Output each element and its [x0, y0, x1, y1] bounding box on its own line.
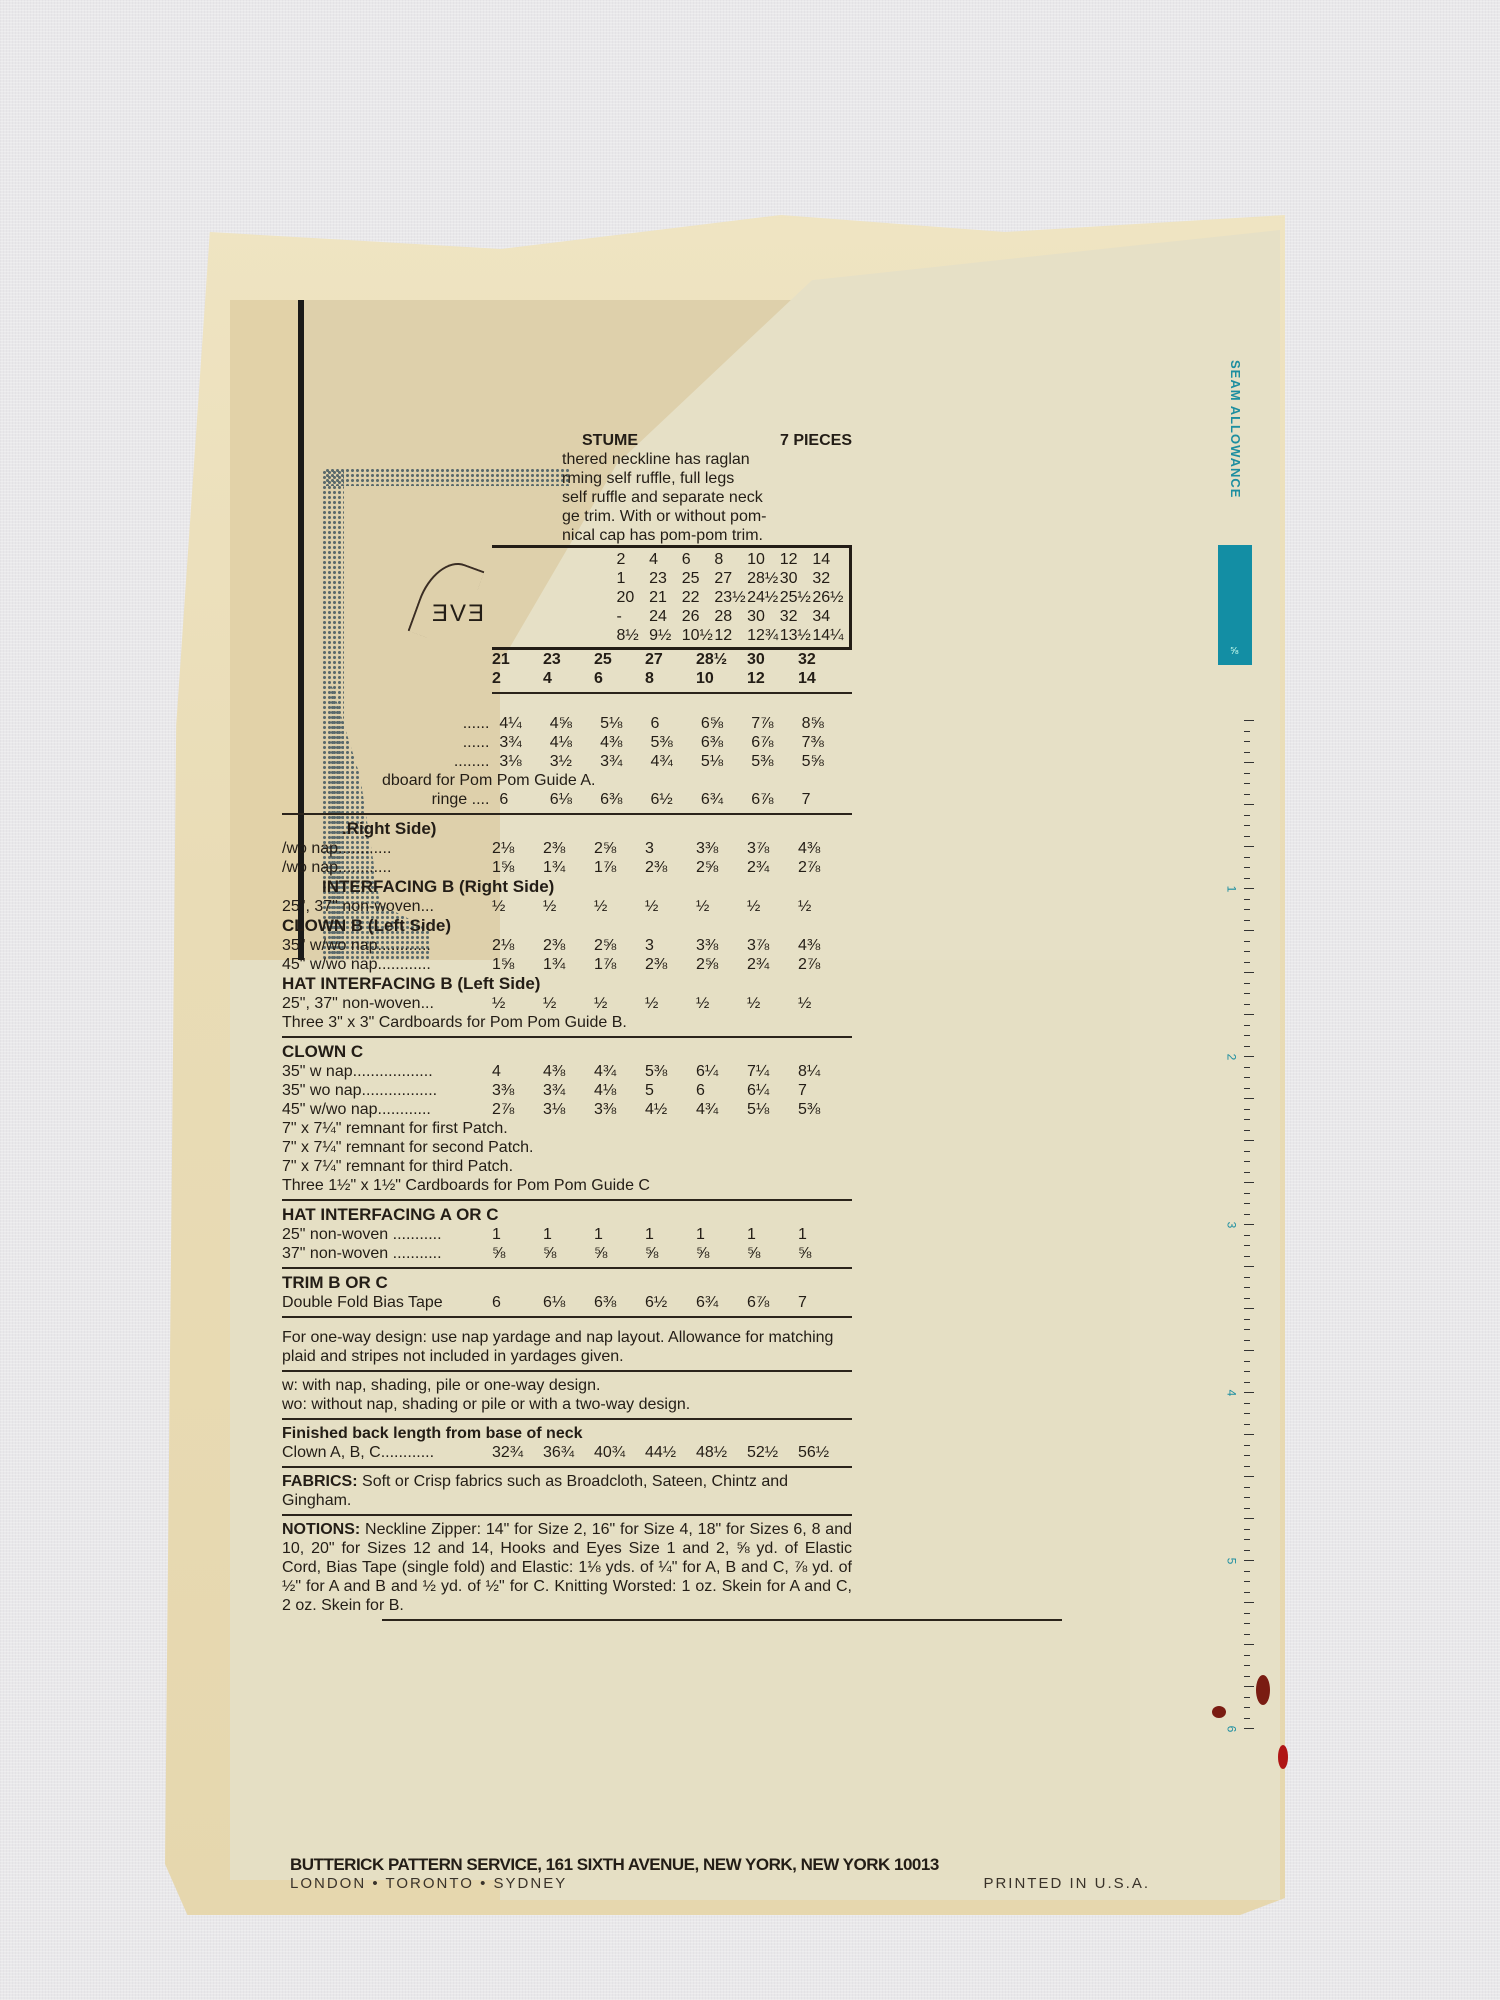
ruler-tick	[1244, 1224, 1254, 1225]
ruler-tick	[1244, 1634, 1250, 1635]
pattern-title: STUME 7 PIECES	[582, 432, 852, 450]
ruler-tick	[1244, 1466, 1250, 1467]
ruler-number: 6	[1224, 1726, 1238, 1733]
fabrics: FABRICS: Soft or Crisp fabrics such as B…	[282, 1472, 852, 1510]
ruler-tick	[1244, 1392, 1254, 1393]
table-row: 2123252728½3032	[282, 650, 852, 669]
ruler-tick	[1244, 867, 1250, 868]
ruler-tick	[1244, 1445, 1250, 1446]
ruler-tick	[1244, 1508, 1250, 1509]
table-row: -242628303234	[482, 607, 845, 626]
ruler-tick	[1244, 1707, 1250, 1708]
publisher-address: BUTTERICK PATTERN SERVICE, 161 SIXTH AVE…	[290, 1855, 1150, 1875]
clown-c-section: CLOWN C35" w nap..................44⅜4¾5…	[282, 1042, 852, 1195]
table-row: 25", 37" non-woven...½½½½½½½	[282, 994, 852, 1013]
ruler-tick	[1244, 888, 1254, 889]
ruler-tick	[1244, 1539, 1250, 1540]
ruler-tick	[1244, 794, 1250, 795]
ruler-number: 2	[1224, 1054, 1238, 1061]
ruler-tick	[1244, 1361, 1250, 1362]
table-row: 37" non-woven ...........⅝⅝⅝⅝⅝⅝⅝	[282, 1244, 852, 1263]
table-row: 35" w nap..................44⅜4¾5⅜6¼7¼8¼	[282, 1062, 852, 1081]
ruler-tick	[1244, 1214, 1250, 1215]
pieces-count: 7 PIECES	[780, 432, 852, 450]
nap-legend-w: w: with nap, shading, pile or one-way de…	[282, 1376, 852, 1395]
section-title: CLOWN B (Left Side)	[282, 916, 852, 936]
table-row: 35" wo nap.................3⅜3¾4⅛566¼7	[282, 1081, 852, 1100]
ruler-tick	[1244, 1287, 1250, 1288]
ruler-tick	[1244, 878, 1250, 879]
ruler-number: 3	[1224, 1222, 1238, 1229]
ruler-tick	[1244, 941, 1250, 942]
ruler-tick	[1244, 899, 1250, 900]
trim-bc: TRIM B OR CDouble Fold Bias Tape66⅛6⅜6½6…	[282, 1273, 852, 1312]
seam-allowance-marker: ⅝	[1218, 545, 1252, 665]
ruler-tick	[1244, 1382, 1250, 1383]
ruler-tick	[1244, 1193, 1250, 1194]
hat-interfacing-b-left: HAT INTERFACING B (Left Side)25", 37" no…	[282, 974, 852, 1032]
size-table: 2468101214123252728½303220212223½24½25½2…	[492, 545, 852, 650]
ruler-tick	[1244, 1046, 1250, 1047]
one-way-note: For one-way design: use nap yardage and …	[282, 1328, 852, 1366]
ruler-tick	[1244, 1235, 1250, 1236]
ruler-label: SEAM ALLOWANCE	[1228, 360, 1243, 498]
ruler-tick	[1244, 1697, 1250, 1698]
table-row: Clown A, B, C............32¾36¾40¾44½48½…	[282, 1443, 852, 1462]
ruler-tick	[1244, 783, 1250, 784]
ruler-tick	[1244, 972, 1254, 973]
ruler-tick	[1244, 825, 1250, 826]
table-row: 45" w/wo nap............1⅝1¾1⅞2⅜2⅝2¾2⅞	[282, 955, 852, 974]
ruler-tick	[1244, 720, 1254, 721]
clown-a-section: ......4¼4⅝5⅛66⅝7⅞8⅝......3¾4⅛4⅜5⅜6⅜6⅞7⅜.…	[282, 714, 852, 809]
ruler-tick	[1244, 815, 1250, 816]
footer: BUTTERICK PATTERN SERVICE, 161 SIXTH AVE…	[290, 1855, 1150, 1892]
ruler-tick	[1244, 1161, 1250, 1162]
section-title: INTERFACING B (Right Side)	[322, 877, 852, 897]
ruler-tick	[1244, 1298, 1250, 1299]
ruler-tick	[1244, 857, 1250, 858]
ruler-tick	[1244, 920, 1250, 921]
ruler-tick	[1244, 1130, 1250, 1131]
section-title: .Right Side)	[342, 819, 852, 839]
ruler-tick	[1244, 1371, 1250, 1372]
ruler-tick	[1244, 1140, 1254, 1141]
ruler-tick	[1244, 1350, 1254, 1351]
ruler-tick	[1244, 1602, 1254, 1603]
ruler-tick	[1244, 731, 1250, 732]
notions: NOTIONS: Neckline Zipper: 14" for Size 2…	[282, 1520, 852, 1615]
ruler-tick	[1244, 804, 1254, 805]
ruler-number: 4	[1224, 1390, 1238, 1397]
ruler-tick	[1244, 962, 1250, 963]
ruler-tick	[1244, 773, 1250, 774]
table-row: 45" w/wo nap............2⅞3⅛3⅜4½4¾5⅛5⅜	[282, 1100, 852, 1119]
ruler-tick	[1244, 993, 1250, 994]
ruler-tick	[1244, 983, 1250, 984]
stain	[1212, 1706, 1226, 1718]
ruler-tick	[1244, 951, 1250, 952]
ruler-tick	[1244, 1014, 1254, 1015]
hat-interfacing-ac: HAT INTERFACING A OR C25" non-woven ....…	[282, 1205, 852, 1263]
ruler-tick	[1244, 1256, 1250, 1257]
table-row: 35" w/wo nap............2⅛2⅜2⅝33⅜3⅞4⅜	[282, 936, 852, 955]
ruler-tick	[1244, 1686, 1254, 1687]
table-row: Double Fold Bias Tape66⅛6⅜6½6¾6⅞7	[282, 1293, 852, 1312]
ruler-tick	[1244, 1434, 1254, 1435]
ruler-tick	[1244, 1109, 1250, 1110]
ruler-tick	[1244, 1455, 1250, 1456]
ruler-tick	[1244, 1035, 1250, 1036]
table-row: 25", 37" non-woven...½½½½½½½	[282, 897, 852, 916]
ruler-tick	[1244, 1592, 1250, 1593]
ruler-tick	[1244, 1277, 1250, 1278]
ruler-number: 5	[1224, 1558, 1238, 1565]
ruler-tick	[1244, 1329, 1250, 1330]
ruler-tick	[1244, 1403, 1250, 1404]
ruler-number: 1	[1224, 886, 1238, 893]
printed-in: PRINTED IN U.S.A.	[983, 1875, 1150, 1892]
section-title: CLOWN C	[282, 1042, 852, 1062]
table-row: ......3¾4⅛4⅜5⅜6⅜6⅞7⅜	[282, 733, 852, 752]
hat-interfacing-b-right: INTERFACING B (Right Side)25", 37" non-w…	[282, 877, 852, 916]
ruler-tick	[1244, 1056, 1254, 1057]
ruler-tick	[1244, 1613, 1250, 1614]
stain	[1256, 1675, 1270, 1705]
ruler-tick	[1244, 1319, 1250, 1320]
ruler-tick	[1244, 1728, 1254, 1729]
ruler-tick	[1244, 1497, 1250, 1498]
cities: LONDON • TORONTO • SYDNEY	[290, 1875, 567, 1892]
ruler-tick	[1244, 1266, 1254, 1267]
yardage-chart: STUME 7 PIECES thered neckline has ragla…	[282, 432, 852, 1625]
nap-legend-wo: wo: without nap, shading or pile or with…	[282, 1395, 852, 1414]
ruler-tick	[1244, 1004, 1250, 1005]
section-title: HAT INTERFACING B (Left Side)	[282, 974, 852, 994]
ruler-tick	[1244, 1571, 1250, 1572]
ruler-tick	[1244, 1665, 1250, 1666]
size-repeat: 2123252728½30322468101214	[282, 650, 852, 688]
ruler-tick	[1244, 1476, 1254, 1477]
ruler-tick	[1244, 1718, 1250, 1719]
clown-b-right-section: .Right Side)/wo nap............2⅛2⅜2⅝33⅜…	[282, 819, 852, 877]
ruler-tick	[1244, 1518, 1254, 1519]
ruler-tick	[1244, 1424, 1250, 1425]
ruler-tick	[1244, 741, 1250, 742]
ruler-tick	[1244, 1308, 1254, 1309]
ruler-tick	[1244, 1172, 1250, 1173]
description: thered neckline has raglanrming self ruf…	[562, 450, 852, 545]
table-row: 2468101214	[482, 550, 845, 569]
ruler-tick	[1244, 762, 1254, 763]
ruler-tick	[1244, 1151, 1250, 1152]
table-row: ........3⅛3½3¾4¾5⅛5⅜5⅝	[282, 752, 852, 771]
table-row: 20212223½24½25½26½	[482, 588, 845, 607]
ruler-tick	[1244, 752, 1250, 753]
ruler-tick	[1244, 1529, 1250, 1530]
ruler-tick	[1244, 1644, 1254, 1645]
ruler-tick	[1244, 1098, 1254, 1099]
table-row: 8½9½10½1212¾13½14¼	[482, 626, 845, 645]
ruler-tick	[1244, 1655, 1250, 1656]
table-row: ......4¼4⅝5⅛66⅝7⅞8⅝	[282, 714, 852, 733]
clown-b-left-section: CLOWN B (Left Side)35" w/wo nap.........…	[282, 916, 852, 974]
ruler-tick	[1244, 1119, 1250, 1120]
ruler-tick	[1244, 836, 1250, 837]
table-row: ringe ....66⅛6⅜6½6¾6⅞7	[282, 790, 852, 809]
ruler-tick	[1244, 1676, 1250, 1677]
back-length-title: Finished back length from base of neck	[282, 1424, 852, 1443]
stain	[1278, 1745, 1288, 1769]
ruler-tick	[1244, 1025, 1250, 1026]
ruler-tick	[1244, 1088, 1250, 1089]
ruler-tick	[1244, 1560, 1254, 1561]
section-title: HAT INTERFACING A OR C	[282, 1205, 852, 1225]
ruler-tick	[1244, 909, 1250, 910]
ruler-tick	[1244, 1413, 1250, 1414]
ruler-tick	[1244, 1340, 1250, 1341]
ruler-tick	[1244, 1067, 1250, 1068]
ruler-tick	[1244, 1182, 1254, 1183]
section-title: TRIM B OR C	[282, 1273, 852, 1293]
ruler-tick	[1244, 1581, 1250, 1582]
table-row: /wo nap............1⅝1¾1⅞2⅜2⅝2¾2⅞	[282, 858, 852, 877]
ruler-tick	[1244, 930, 1254, 931]
table-row: 25" non-woven ...........1111111	[282, 1225, 852, 1244]
table-row: 123252728½3032	[482, 569, 845, 588]
ruler-tick	[1244, 846, 1254, 847]
ruler-tick	[1244, 1487, 1250, 1488]
seam-allowance-ruler: SEAM ALLOWANCE ⅝ 123456	[1218, 340, 1264, 1810]
ruler-tick	[1244, 1550, 1250, 1551]
ruler-tick	[1244, 1077, 1250, 1078]
table-row: 2468101214	[282, 669, 852, 688]
table-row: /wo nap............2⅛2⅜2⅝33⅜3⅞4⅜	[282, 839, 852, 858]
ruler-tick	[1244, 1245, 1250, 1246]
ruler-tick	[1244, 1623, 1250, 1624]
back-length-row: Clown A, B, C............32¾36¾40¾44½48½…	[282, 1443, 852, 1462]
ruler-tick	[1244, 1203, 1250, 1204]
